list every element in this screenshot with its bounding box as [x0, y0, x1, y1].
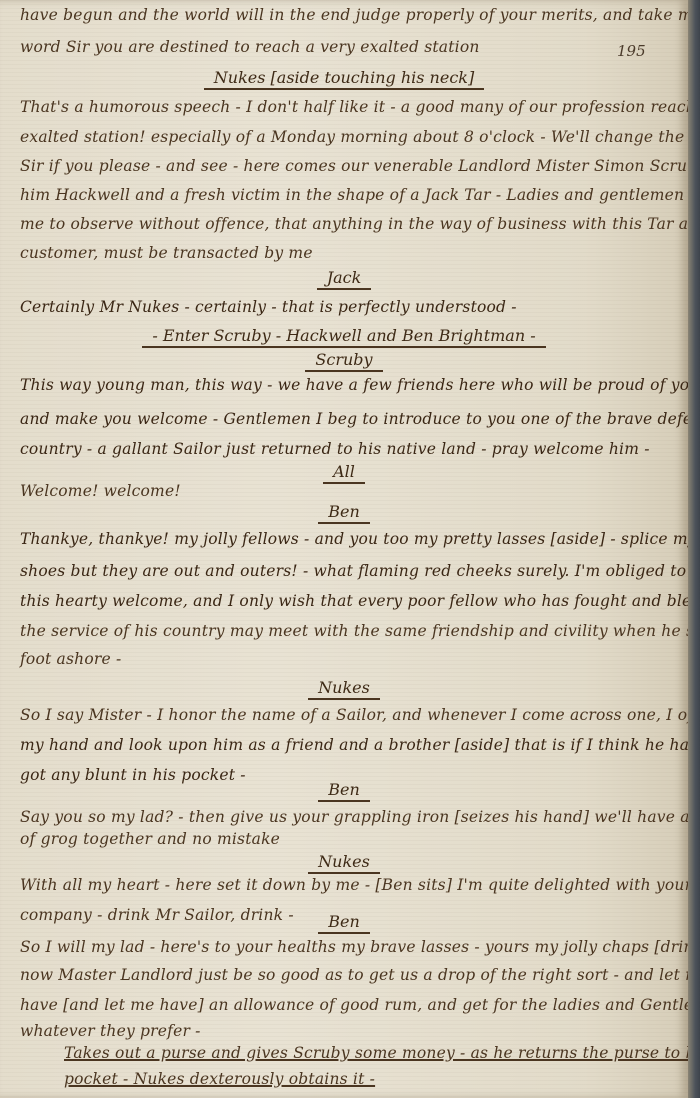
text-line: him Hackwell and a fresh victim in the s…: [20, 186, 700, 204]
stage-direction-heading: - Enter Scruby - Hackwell and Ben Bright…: [0, 326, 688, 345]
heading-text: All: [323, 462, 365, 484]
heading-text: - Enter Scruby - Hackwell and Ben Bright…: [142, 326, 545, 348]
text-line: word Sir you are destined to reach a ver…: [20, 38, 480, 56]
text-line: and make you welcome - Gentlemen I beg t…: [20, 410, 700, 428]
text-line: That's a humorous speech - I don't half …: [20, 98, 700, 116]
heading-text: Scruby: [305, 350, 382, 372]
speaker-heading: Jack: [0, 268, 688, 287]
text-line: the service of his country may meet with…: [20, 622, 700, 640]
speaker-heading: Ben: [0, 780, 688, 799]
text-line: Certainly Mr Nukes - certainly - that is…: [20, 298, 517, 316]
heading-text: Nukes: [308, 678, 380, 700]
page-number: 195: [617, 42, 646, 60]
speaker-heading: Nukes: [0, 678, 688, 697]
heading-text: Jack: [317, 268, 372, 290]
text-line: me to observe without offence, that anyt…: [20, 215, 700, 233]
text-line: foot ashore -: [20, 650, 121, 668]
heading-text: Nukes [aside touching his neck]: [204, 68, 484, 90]
text-line: my hand and look upon him as a friend an…: [20, 736, 697, 754]
heading-text: Ben: [318, 780, 370, 802]
text-line: With all my heart - here set it down by …: [20, 876, 692, 894]
speaker-heading: Ben: [0, 912, 688, 931]
text-line: shoes but they are out and outers! - wha…: [20, 562, 700, 580]
page-edge: [688, 0, 700, 1098]
text-line: now Master Landlord just be so good as t…: [20, 966, 700, 984]
text-line: have begun and the world will in the end…: [20, 6, 700, 24]
text-line: whatever they prefer -: [20, 1022, 201, 1040]
text-line: of grog together and no mistake: [20, 830, 280, 848]
manuscript-page: have begun and the world will in the end…: [0, 0, 688, 1098]
text-line: have [and let me have] an allowance of g…: [20, 996, 700, 1014]
speaker-heading: Nukes: [0, 852, 688, 871]
text-line: exalted station! especially of a Monday …: [20, 128, 700, 146]
heading-text: Ben: [318, 912, 370, 934]
speaker-heading: Scruby: [0, 350, 688, 369]
text-line: So I say Mister - I honor the name of a …: [20, 706, 700, 724]
text-line: So I will my lad - here's to your health…: [20, 938, 700, 956]
text-line: Welcome! welcome!: [20, 482, 181, 500]
text-line: Thankye, thankye! my jolly fellows - and…: [20, 530, 700, 548]
text-line: Say you so my lad? - then give us your g…: [20, 808, 700, 826]
text-line: customer, must be transacted by me: [20, 244, 313, 262]
stage-direction: Takes out a purse and gives Scruby some …: [64, 1044, 700, 1062]
text-line: Sir if you please - and see - here comes…: [20, 157, 700, 175]
speaker-heading: Ben: [0, 502, 688, 521]
text-line: country - a gallant Sailor just returned…: [20, 440, 650, 458]
heading-text: Ben: [318, 502, 370, 524]
stage-direction: pocket - Nukes dexterously obtains it -: [64, 1070, 375, 1088]
heading-text: Nukes: [308, 852, 380, 874]
text-line: this hearty welcome, and I only wish tha…: [20, 592, 700, 610]
text-line: This way young man, this way - we have a…: [20, 376, 700, 394]
speaker-heading: All: [0, 462, 688, 481]
speaker-heading: Nukes [aside touching his neck]: [0, 68, 688, 87]
